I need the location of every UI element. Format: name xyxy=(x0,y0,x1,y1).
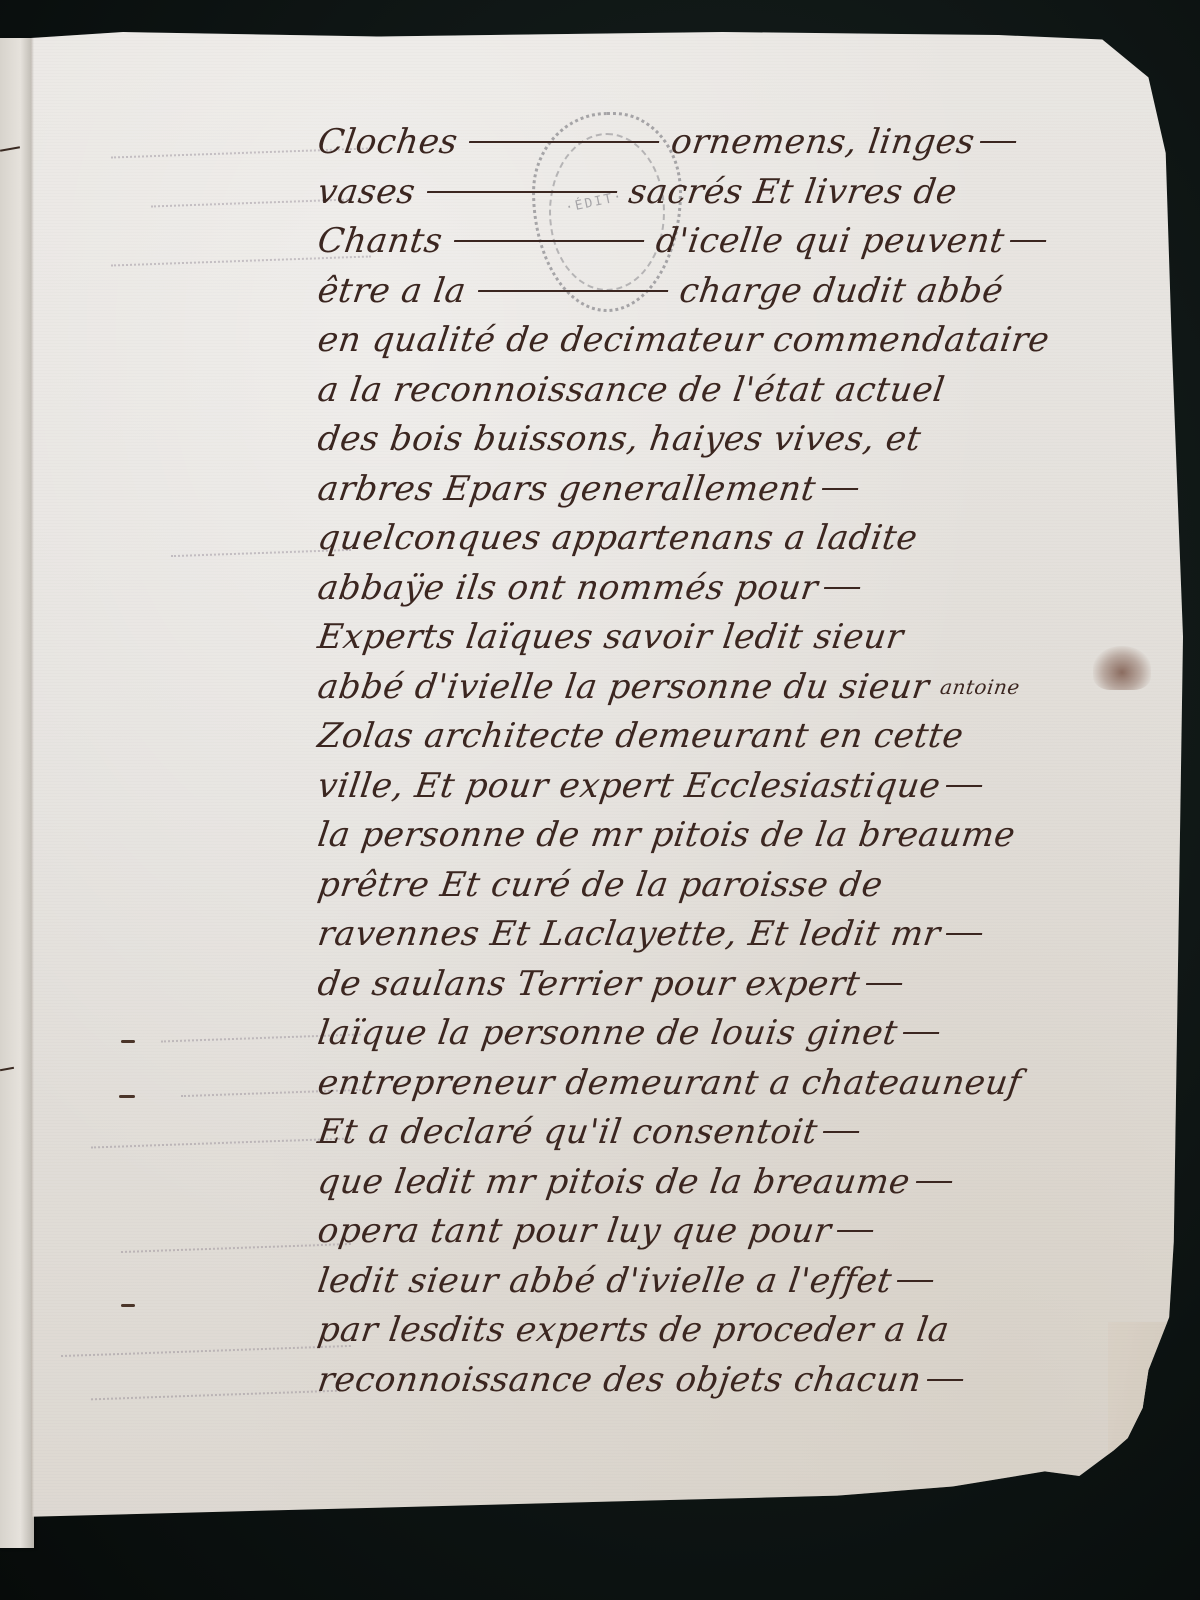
manuscript-line: Et a declaré qu'il consentoit xyxy=(315,1108,1172,1158)
line-text: Cloches xyxy=(315,122,460,162)
manuscript-line: de saulans Terrier pour expert xyxy=(315,960,1172,1010)
line-text: ornemens, linges xyxy=(669,122,978,162)
manuscript-line: ville, Et pour expert Ecclesiastique xyxy=(315,762,1172,812)
manuscript-line: en qualité de decimateur commendataire xyxy=(315,316,1172,366)
line-text: abbé d'ivielle la personne du sieur xyxy=(315,667,932,707)
ink-dot xyxy=(121,1304,135,1307)
line-text: abbaÿe ils ont nommés pour xyxy=(315,568,820,608)
manuscript-line: reconnoissance des objets chacun xyxy=(315,1356,1172,1406)
bleed-through-writing xyxy=(91,1390,341,1404)
line-text: être a la xyxy=(315,271,468,311)
line-text: Et a declaré qu'il consentoit xyxy=(315,1112,820,1152)
manuscript-line: prêtre Et curé de la paroisse de xyxy=(315,861,1172,911)
manuscript-line: quelconques appartenans a ladite xyxy=(315,514,1172,564)
line-text: entrepreneur demeurant a chateauneuf xyxy=(315,1063,1024,1103)
line-text: charge dudit abbé xyxy=(677,271,1006,311)
line-filler-dash xyxy=(903,1032,939,1034)
blank-underline xyxy=(427,191,617,193)
line-filler-dash xyxy=(837,1230,873,1232)
line-filler-dash xyxy=(823,1131,859,1133)
manuscript-line: arbres Epars generallement xyxy=(315,465,1172,515)
blank-underline xyxy=(469,141,659,143)
ink-dot xyxy=(121,1040,135,1043)
underlying-page xyxy=(0,38,34,1548)
manuscript-line: laïque la personne de louis ginet xyxy=(315,1009,1172,1059)
line-text: des bois buissons, haiyes vives, et xyxy=(315,419,923,459)
line-text: ravennes Et Laclayette, Et ledit mr xyxy=(315,914,943,954)
ink-mark xyxy=(0,1067,14,1071)
ink-dot xyxy=(119,1095,135,1098)
line-text: ledit sieur abbé d'ivielle a l'effet xyxy=(315,1261,894,1301)
fold-line xyxy=(31,32,34,1544)
line-text: d'icelle qui peuvent xyxy=(653,221,1006,261)
manuscript-line: être a lacharge dudit abbé xyxy=(315,267,1172,317)
line-text: vases xyxy=(315,172,418,212)
line-text: sacrés Et livres de xyxy=(626,172,959,212)
line-text: de saulans Terrier pour expert xyxy=(315,964,862,1004)
line-filler-dash xyxy=(1010,240,1046,242)
manuscript-line: a la reconnoissance de l'état actuel xyxy=(315,366,1172,416)
ink-mark xyxy=(0,146,20,151)
line-text: quelconques appartenans a ladite xyxy=(315,518,920,558)
manuscript-line: ravennes Et Laclayette, Et ledit mr xyxy=(315,910,1172,960)
manuscript-line: la personne de mr pitois de la breaume xyxy=(315,811,1172,861)
manuscript-line: ledit sieur abbé d'ivielle a l'effet xyxy=(315,1257,1172,1307)
handwritten-text: Clochesornemens, linges vasessacrés Et l… xyxy=(318,118,1168,1405)
line-text: Zolas architecte demeurant en cette xyxy=(315,716,966,756)
manuscript-line: Clochesornemens, linges xyxy=(315,118,1172,168)
line-text: reconnoissance des objets chacun xyxy=(315,1360,924,1400)
manuscript-line: abbaÿe ils ont nommés pour xyxy=(315,564,1172,614)
line-filler-dash xyxy=(824,587,860,589)
line-filler-dash xyxy=(821,488,857,490)
blank-underline xyxy=(478,290,668,292)
manuscript-line: des bois buissons, haiyes vives, et xyxy=(315,415,1172,465)
line-text: en qualité de decimateur commendataire xyxy=(315,320,1052,360)
line-text: opera tant pour luy que pour xyxy=(315,1211,834,1251)
manuscript-line: opera tant pour luy que pour xyxy=(315,1207,1172,1257)
manuscript-line: par lesdits experts de proceder a la xyxy=(315,1306,1172,1356)
line-text: prêtre Et curé de la paroisse de xyxy=(315,865,885,905)
line-filler-dash xyxy=(927,1379,963,1381)
bleed-through-writing xyxy=(61,1345,351,1360)
inserted-word: antoine xyxy=(939,675,1022,699)
blank-underline xyxy=(454,240,644,242)
manuscript-line: Zolas architecte demeurant en cette xyxy=(315,712,1172,762)
line-text: arbres Epars generallement xyxy=(315,469,818,509)
line-filler-dash xyxy=(946,785,982,787)
manuscript-line: Experts laïques savoir ledit sieur xyxy=(315,613,1172,663)
line-text: Chants xyxy=(315,221,445,261)
line-text: Experts laïques savoir ledit sieur xyxy=(315,617,906,657)
line-filler-dash xyxy=(897,1280,933,1282)
line-text: que ledit mr pitois de la breaume xyxy=(315,1162,912,1202)
line-filler-dash xyxy=(866,983,902,985)
manuscript-line: Chantsd'icelle qui peuvent xyxy=(315,217,1172,267)
manuscript-line: abbé d'ivielle la personne du sieur anto… xyxy=(315,663,1172,713)
line-text: laïque la personne de louis ginet xyxy=(315,1013,900,1053)
line-filler-dash xyxy=(916,1181,952,1183)
line-text: la personne de mr pitois de la breaume xyxy=(315,815,1018,855)
line-text: par lesdits experts de proceder a la xyxy=(315,1310,952,1350)
manuscript-line: que ledit mr pitois de la breaume xyxy=(315,1158,1172,1208)
manuscript-line: entrepreneur demeurant a chateauneuf xyxy=(315,1059,1172,1109)
line-filler-dash xyxy=(980,141,1016,143)
line-text: a la reconnoissance de l'état actuel xyxy=(315,370,947,410)
line-filler-dash xyxy=(946,933,982,935)
manuscript-line: vasessacrés Et livres de xyxy=(315,168,1172,218)
line-text: ville, Et pour expert Ecclesiastique xyxy=(315,766,943,806)
bleed-through-writing xyxy=(91,1137,351,1151)
